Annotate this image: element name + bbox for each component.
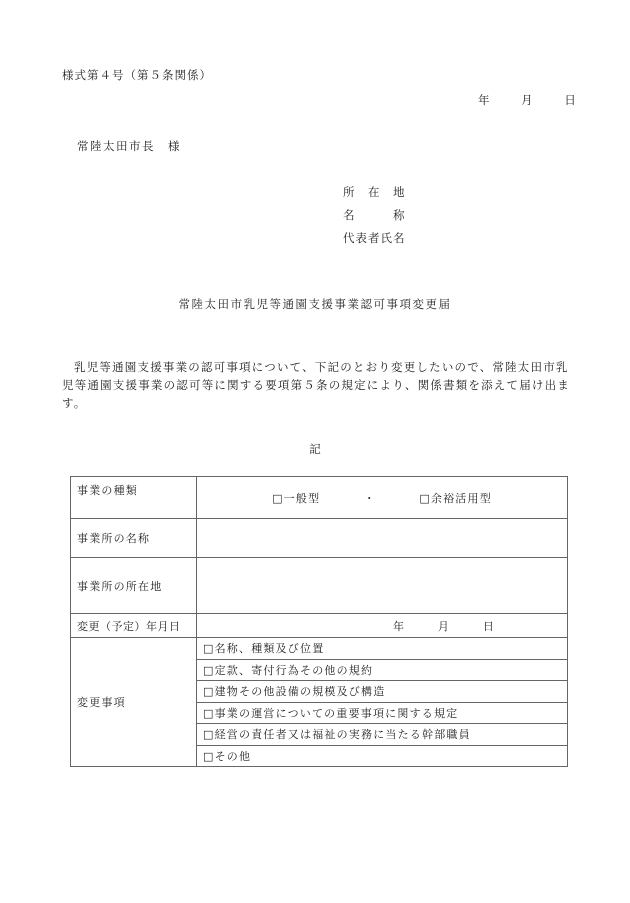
row-office-name: 事業所の名称 — [71, 519, 568, 558]
sender-address-label: 所 在 地 — [343, 184, 406, 207]
business-type-label: 事業の種類 — [71, 477, 197, 519]
row-business-type: 事業の種類 □一般型 ・ □余裕活用型 — [71, 477, 568, 519]
office-address-label: 事業所の所在地 — [71, 558, 197, 614]
change-item-checkbox[interactable]: □建物その他設備の規模及び構造 — [197, 681, 568, 703]
change-item-checkbox[interactable]: □その他 — [197, 745, 568, 767]
change-item-checkbox[interactable]: □経営の責任者又は福祉の実務に当たる幹部職員 — [197, 724, 568, 746]
sender-block: 所 在 地 名 称 代表者氏名 — [343, 184, 406, 253]
option-general-checkbox[interactable]: □一般型 — [272, 490, 320, 506]
office-name-field[interactable] — [197, 519, 568, 558]
row-office-address: 事業所の所在地 — [71, 558, 568, 614]
change-item-checkbox[interactable]: □定款、寄付行為その他の規約 — [197, 659, 568, 681]
date-year: 年 — [478, 92, 490, 108]
change-item-checkbox[interactable]: □事業の運営についての重要事項に関する規定 — [197, 702, 568, 724]
change-date-label: 変更（予定）年月日 — [71, 614, 197, 638]
change-date-month: 月 — [438, 620, 450, 633]
row-change-item: 変更事項 □名称、種類及び位置 — [71, 638, 568, 660]
body-paragraph: 乳児等通園支援事業の認可事項について、下記のとおり変更したいので、常陸太田市乳児… — [62, 358, 572, 412]
document-title: 常陸太田市乳児等通園支援事業認可事項変更届 — [0, 296, 630, 312]
date-month: 月 — [521, 92, 533, 108]
change-date-field[interactable]: 年 月 日 — [197, 614, 568, 638]
ki-heading: 記 — [0, 441, 630, 457]
row-change-date: 変更（予定）年月日 年 月 日 — [71, 614, 568, 638]
business-type-options: □一般型 ・ □余裕活用型 — [197, 477, 568, 519]
change-date-day: 日 — [483, 620, 495, 633]
option-surplus-checkbox[interactable]: □余裕活用型 — [419, 490, 492, 506]
office-name-label: 事業所の名称 — [71, 519, 197, 558]
change-items-label: 変更事項 — [71, 638, 197, 767]
form-number: 様式第４号（第５条関係） — [62, 67, 212, 83]
addressee: 常陸太田市長 様 — [77, 138, 181, 154]
sender-name-label: 名 称 — [343, 207, 406, 230]
change-date-year: 年 — [393, 620, 405, 633]
submission-date: 年 月 日 — [478, 92, 576, 108]
date-day: 日 — [564, 92, 576, 108]
change-item-checkbox[interactable]: □名称、種類及び位置 — [197, 638, 568, 660]
change-form-table: 事業の種類 □一般型 ・ □余裕活用型 事業所の名称 事業所の所在地 変更（予定… — [70, 476, 568, 767]
option-separator: ・ — [364, 490, 376, 506]
office-address-field[interactable] — [197, 558, 568, 614]
sender-representative-label: 代表者氏名 — [343, 230, 406, 253]
